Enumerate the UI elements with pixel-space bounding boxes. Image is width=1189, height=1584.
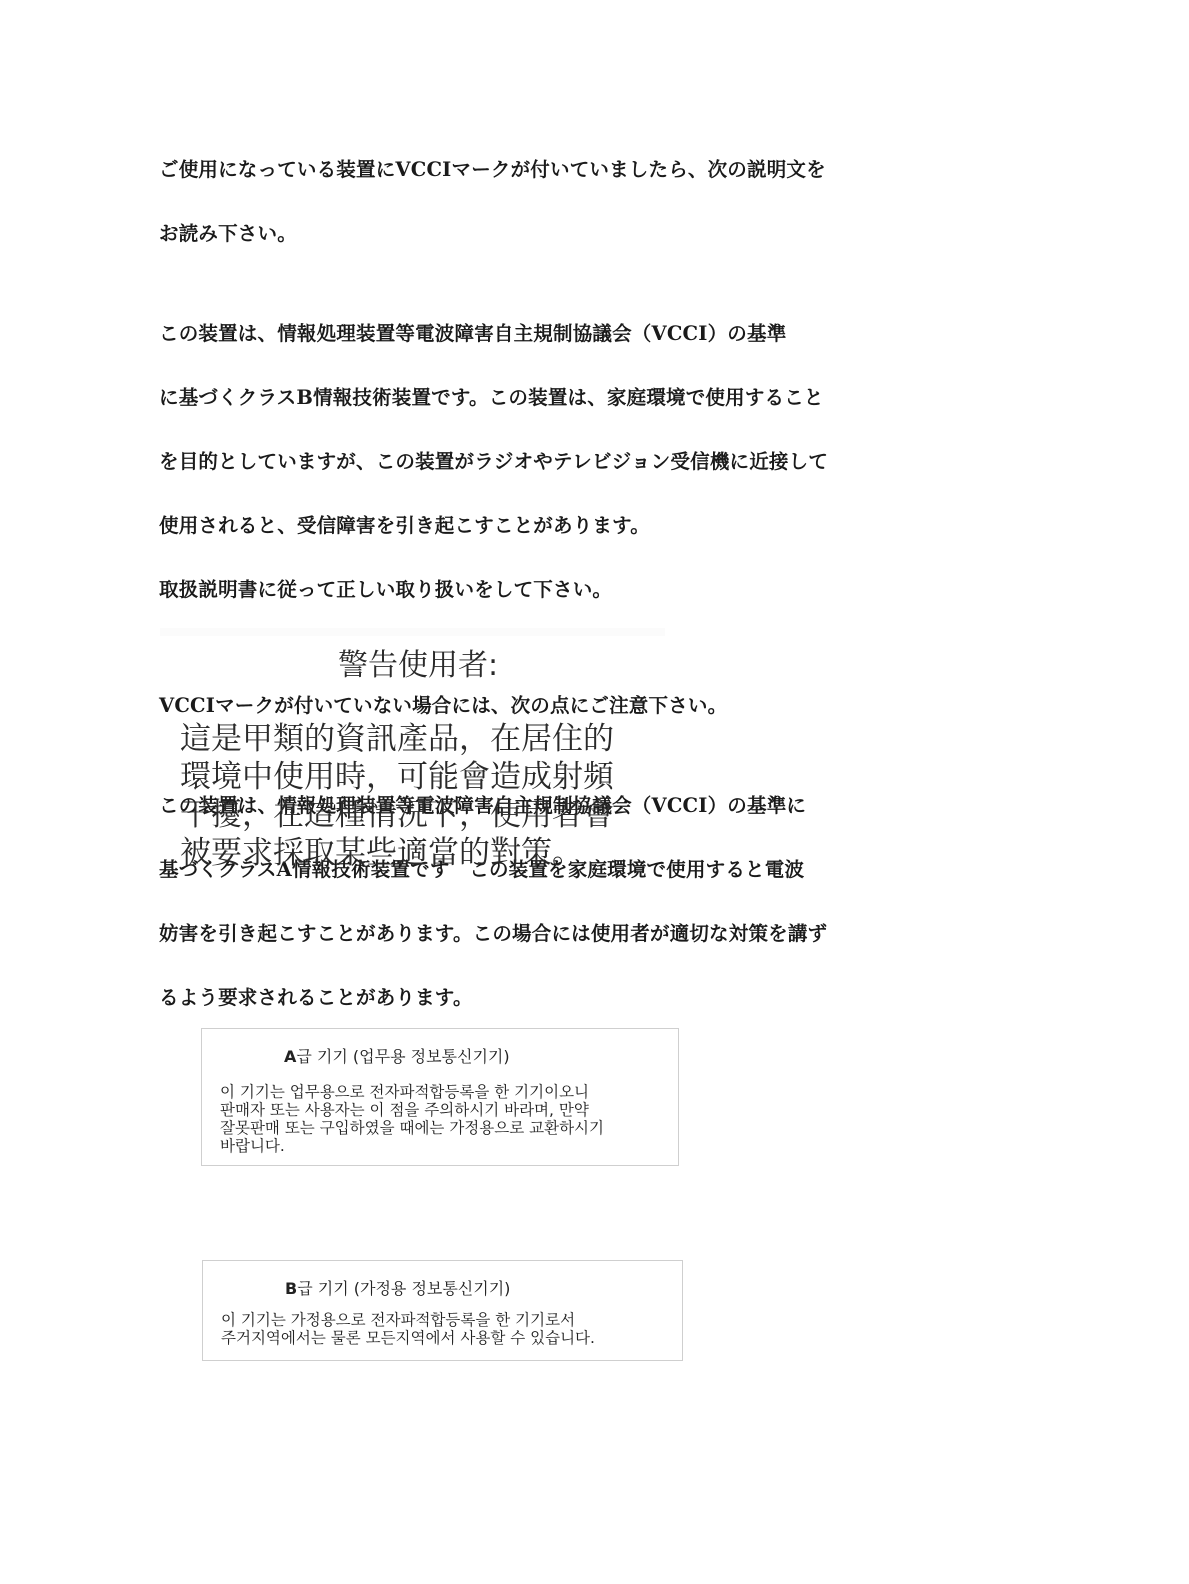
class-letter: B	[285, 1279, 297, 1298]
korea-class-b-title: B급 기기 (가정용 정보통신기기)	[285, 1277, 510, 1301]
text-line: 被要求採取某些適當的對策。	[180, 834, 660, 872]
class-title-text: 급 기기 (업무용 정보통신기기)	[296, 1047, 509, 1066]
image-top-band	[160, 628, 665, 636]
text-line: 잘못판매 또는 구입하였을 때에는 가정용으로 교환하시기	[220, 1119, 604, 1137]
text-line: に基づくクラスB情報技術装置です。この装置は、家庭環境で使用すること	[159, 382, 879, 414]
text-line: 環境中使用時，可能會造成射頻	[180, 758, 660, 796]
text-line: この装置は、情報処理装置等電波障害自主規制協議会（VCCI）の基準	[159, 318, 879, 350]
text-line: るよう要求されることがあります。	[159, 982, 879, 1014]
text-line: 이 기기는 업무용으로 전자파적합등록을 한 기기이오니	[220, 1083, 604, 1101]
korea-class-a-notice-box: A급 기기 (업무용 정보통신기기) 이 기기는 업무용으로 전자파적합등록을 …	[201, 1028, 679, 1166]
vcci-japanese-notice: ご使用になっている装置にVCCIマークが付いていましたら、次の説明文を お読み下…	[159, 122, 879, 1046]
class-title-text: 급 기기 (가정용 정보통신기기)	[297, 1279, 510, 1298]
korea-class-b-body: 이 기기는 가정용으로 전자파적합등록을 한 기기로서 주거지역에서는 물론 모…	[221, 1311, 595, 1347]
text-line: 이 기기는 가정용으로 전자파적합등록을 한 기기로서	[221, 1311, 595, 1329]
text-line: お読み下さい。	[159, 218, 879, 250]
text-line: 주거지역에서는 물론 모든지역에서 사용할 수 있습니다.	[221, 1329, 595, 1347]
vcci-class-b-paragraph: この装置は、情報処理装置等電波障害自主規制協議会（VCCI）の基準 に基づくクラ…	[159, 286, 879, 638]
text-line: 바랍니다.	[220, 1137, 604, 1155]
text-line: 干擾，在這種情況下，使用者會	[180, 796, 660, 834]
text-line: 這是甲類的資訊產品，在居住的	[180, 720, 660, 758]
text-line: ご使用になっている装置にVCCIマークが付いていましたら、次の説明文を	[159, 154, 879, 186]
text-line: 取扱説明書に従って正しい取り扱いをして下さい。	[159, 574, 879, 606]
korea-class-b-notice-box: B급 기기 (가정용 정보통신기기) 이 기기는 가정용으로 전자파적합등록을 …	[202, 1260, 683, 1361]
spacer	[159, 638, 879, 658]
taiwan-warning-title: 警告使用者:	[338, 644, 498, 688]
text-line: VCCIマークが付いていない場合には、次の点にご注意下さい。	[159, 690, 879, 722]
korea-class-a-title: A급 기기 (업무용 정보통신기기)	[284, 1045, 510, 1069]
text-line: 妨害を引き起こすことがあります。この場合には使用者が適切な対策を講ず	[159, 918, 879, 950]
taiwan-warning-body: 這是甲類的資訊產品，在居住的 環境中使用時，可能會造成射頻 干擾，在這種情況下，…	[180, 720, 660, 872]
text-line: 판매자 또는 사용자는 이 점을 주의하시기 바라며, 만약	[220, 1101, 604, 1119]
text-line: を目的としていますが、この装置がラジオやテレビジョン受信機に近接して	[159, 446, 879, 478]
text-line: 使用されると、受信障害を引き起こすことがあります。	[159, 510, 879, 542]
vcci-intro-paragraph: ご使用になっている装置にVCCIマークが付いていましたら、次の説明文を お読み下…	[159, 122, 879, 282]
class-letter: A	[284, 1047, 296, 1066]
korea-class-a-body: 이 기기는 업무용으로 전자파적합등록을 한 기기이오니 판매자 또는 사용자는…	[220, 1083, 604, 1155]
